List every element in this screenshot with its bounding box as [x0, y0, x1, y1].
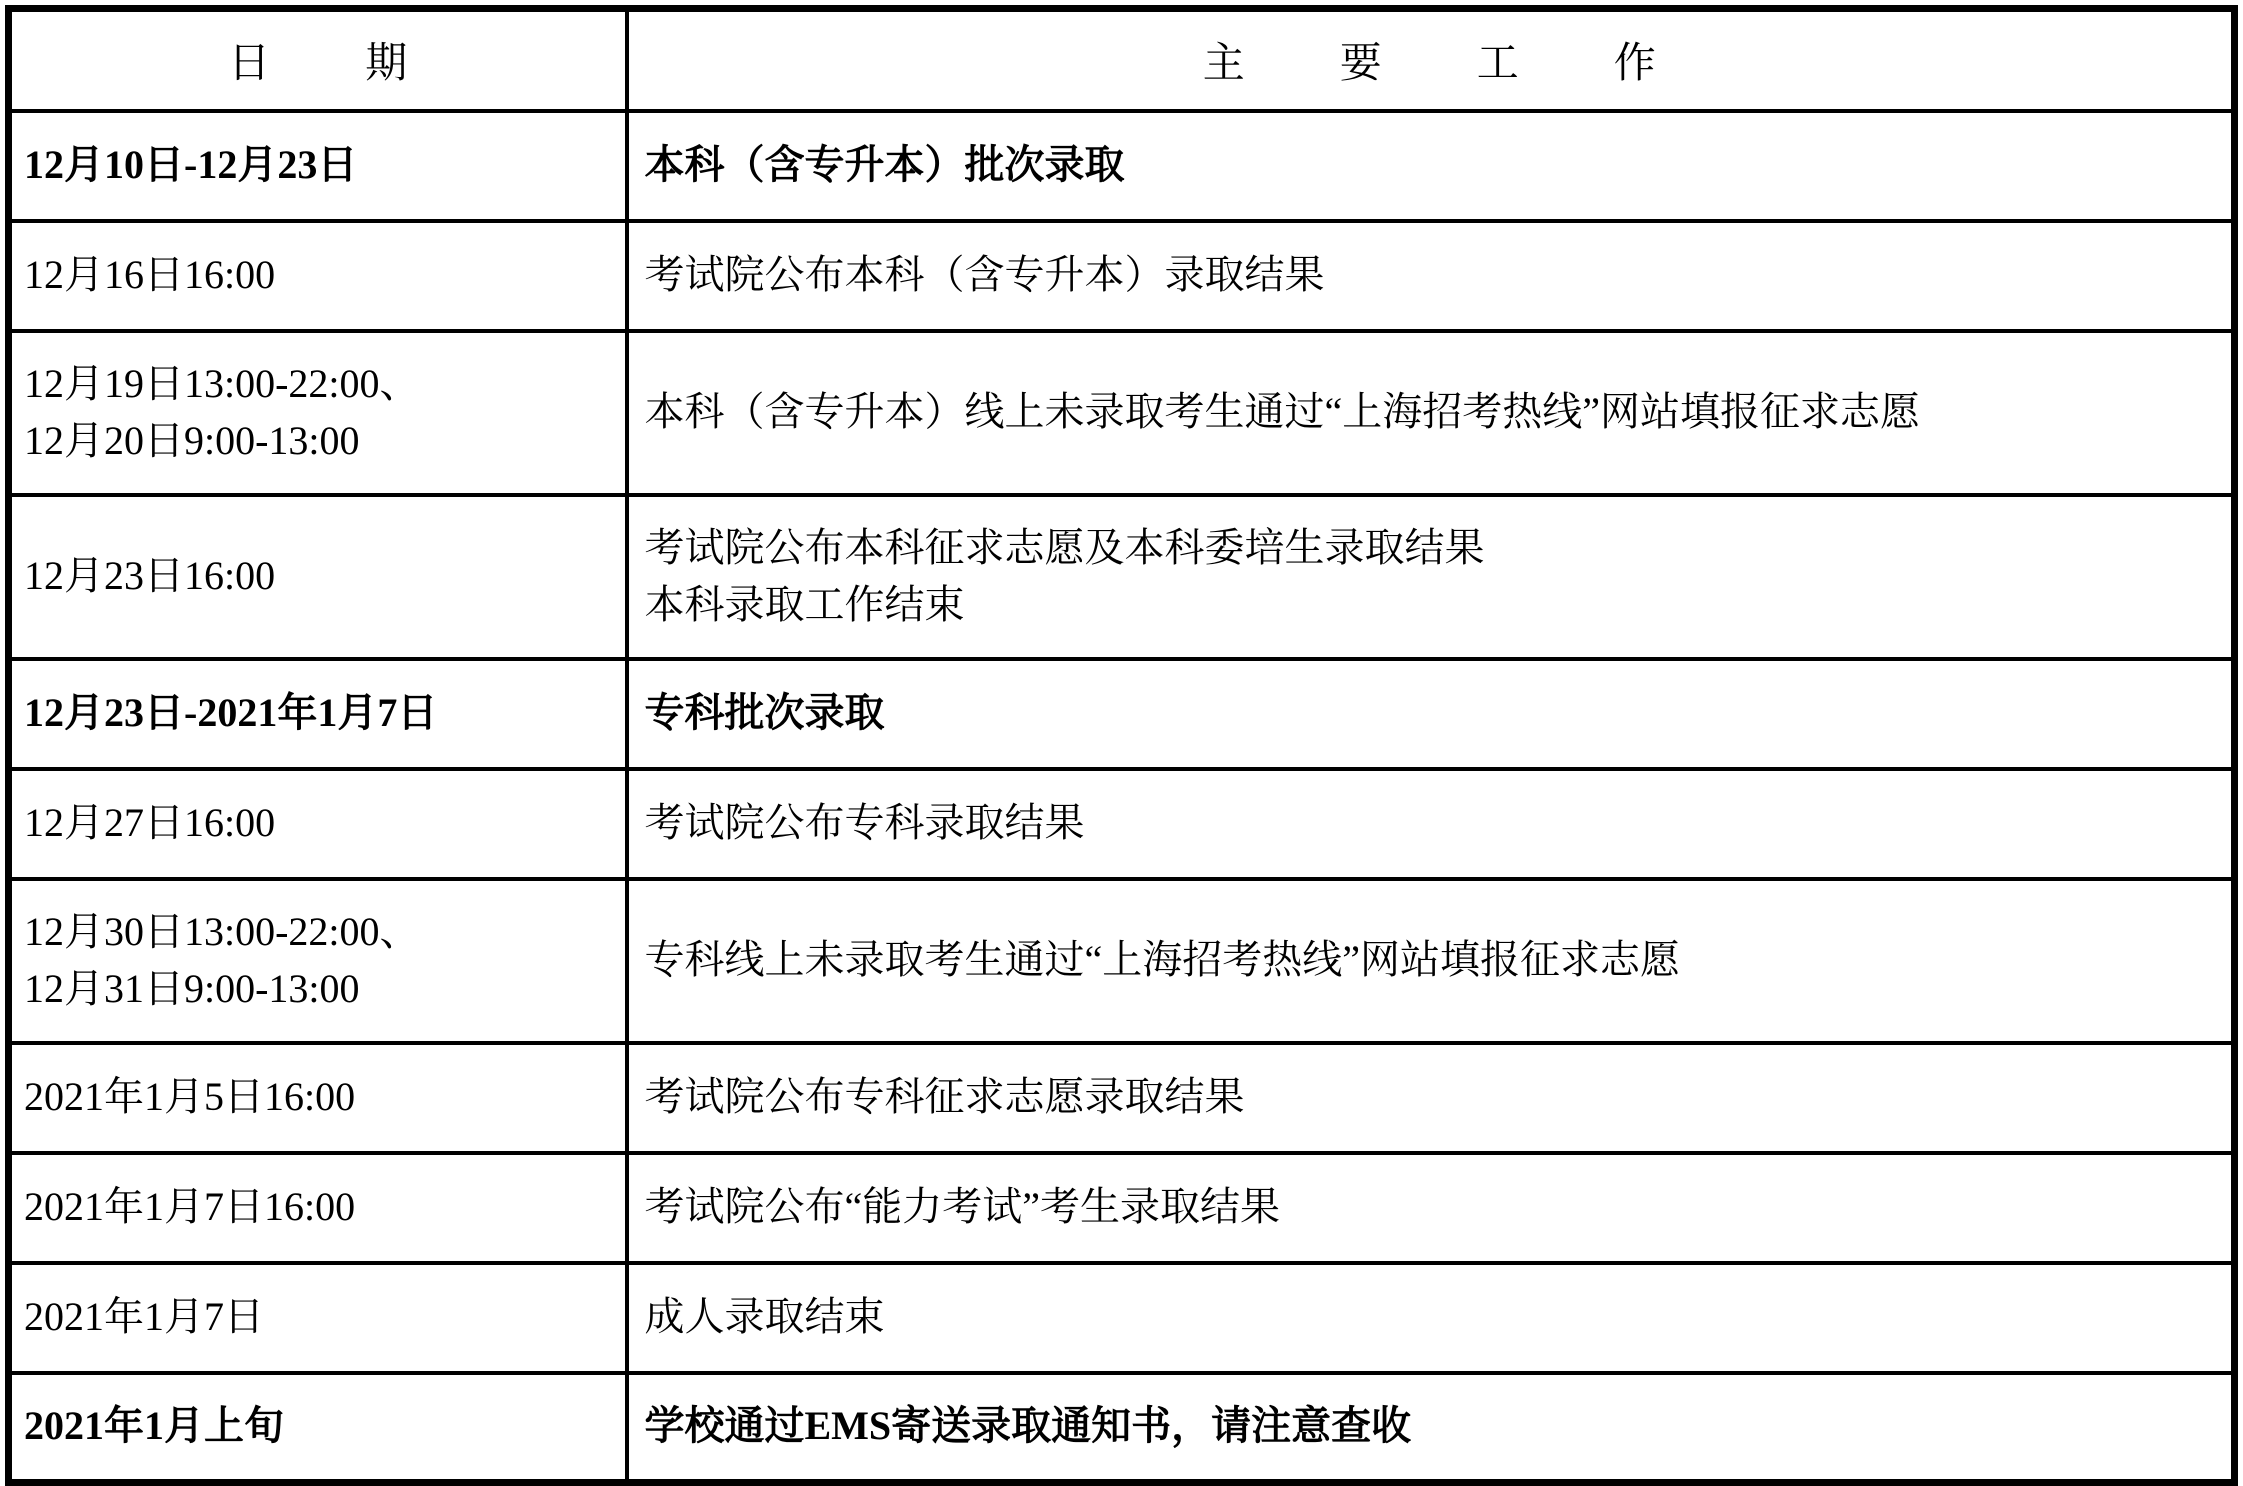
date-cell-line: 12月30日13:00-22:00、 — [24, 904, 615, 961]
work-cell-line: 考试院公布专科录取结果 — [645, 795, 2222, 852]
date-cell-line: 12月10日-12月23日 — [24, 137, 615, 194]
date-cell-line: 2021年1月上旬 — [24, 1398, 615, 1455]
column-header-main-work: 主要工作 — [627, 9, 2235, 111]
work-cell: 学校通过EMS寄送录取通知书，请注意查收 — [627, 1373, 2235, 1483]
date-cell-line: 12月19日13:00-22:00、 — [24, 356, 615, 413]
work-cell: 专科线上未录取考生通过“上海招考热线”网站填报征求志愿 — [627, 879, 2235, 1043]
work-cell-line: 本科录取工作结束 — [645, 577, 2222, 634]
column-header-date: 日期 — [9, 9, 627, 111]
work-cell-line: 考试院公布本科（含专升本）录取结果 — [645, 247, 2222, 304]
work-cell-line: 本科（含专升本）批次录取 — [645, 137, 2222, 194]
table-row: 12月30日13:00-22:00、12月31日9:00-13:00专科线上未录… — [9, 879, 2235, 1043]
table-row: 12月10日-12月23日本科（含专升本）批次录取 — [9, 111, 2235, 221]
date-cell: 2021年1月7日16:00 — [9, 1153, 627, 1263]
table-row: 2021年1月5日16:00考试院公布专科征求志愿录取结果 — [9, 1043, 2235, 1153]
date-cell-line: 2021年1月7日16:00 — [24, 1179, 615, 1236]
table-row: 2021年1月7日成人录取结束 — [9, 1263, 2235, 1373]
schedule-page: 日期 主要工作 12月10日-12月23日本科（含专升本）批次录取12月16日1… — [0, 0, 2243, 1479]
table-row: 2021年1月7日16:00考试院公布“能力考试”考生录取结果 — [9, 1153, 2235, 1263]
admission-schedule-table: 日期 主要工作 12月10日-12月23日本科（含专升本）批次录取12月16日1… — [5, 5, 2238, 1486]
date-cell: 12月23日-2021年1月7日 — [9, 659, 627, 769]
table-row: 12月23日-2021年1月7日专科批次录取 — [9, 659, 2235, 769]
table-row: 12月27日16:00考试院公布专科录取结果 — [9, 769, 2235, 879]
work-cell-line: 考试院公布“能力考试”考生录取结果 — [645, 1179, 2222, 1236]
work-cell: 考试院公布专科录取结果 — [627, 769, 2235, 879]
work-cell-line: 成人录取结束 — [645, 1289, 2222, 1346]
work-cell: 考试院公布专科征求志愿录取结果 — [627, 1043, 2235, 1153]
work-cell-line: 本科（含专升本）线上未录取考生通过“上海招考热线”网站填报征求志愿 — [645, 384, 2222, 441]
work-cell: 本科（含专升本）线上未录取考生通过“上海招考热线”网站填报征求志愿 — [627, 331, 2235, 495]
work-cell: 考试院公布本科（含专升本）录取结果 — [627, 221, 2235, 331]
date-cell: 2021年1月7日 — [9, 1263, 627, 1373]
date-cell: 12月27日16:00 — [9, 769, 627, 879]
work-cell-line: 专科线上未录取考生通过“上海招考热线”网站填报征求志愿 — [645, 932, 2222, 989]
header-row: 日期 主要工作 — [9, 9, 2235, 111]
date-cell-line: 12月31日9:00-13:00 — [24, 961, 615, 1018]
work-cell-line: 考试院公布本科征求志愿及本科委培生录取结果 — [645, 520, 2222, 577]
date-cell: 12月16日16:00 — [9, 221, 627, 331]
work-cell: 专科批次录取 — [627, 659, 2235, 769]
date-cell: 12月10日-12月23日 — [9, 111, 627, 221]
date-cell-line: 2021年1月5日16:00 — [24, 1069, 615, 1126]
work-cell: 本科（含专升本）批次录取 — [627, 111, 2235, 221]
date-cell-line: 12月20日9:00-13:00 — [24, 413, 615, 470]
date-cell: 2021年1月5日16:00 — [9, 1043, 627, 1153]
table-row: 12月23日16:00考试院公布本科征求志愿及本科委培生录取结果本科录取工作结束 — [9, 495, 2235, 659]
date-cell: 12月30日13:00-22:00、12月31日9:00-13:00 — [9, 879, 627, 1043]
date-cell: 2021年1月上旬 — [9, 1373, 627, 1483]
work-cell: 考试院公布“能力考试”考生录取结果 — [627, 1153, 2235, 1263]
work-cell-line: 专科批次录取 — [645, 685, 2222, 742]
date-cell-line: 12月16日16:00 — [24, 247, 615, 304]
table-body: 12月10日-12月23日本科（含专升本）批次录取12月16日16:00考试院公… — [9, 111, 2235, 1483]
date-cell-line: 12月27日16:00 — [24, 795, 615, 852]
table-row: 2021年1月上旬学校通过EMS寄送录取通知书，请注意查收 — [9, 1373, 2235, 1483]
date-cell-line: 12月23日16:00 — [24, 548, 615, 605]
work-cell-line: 考试院公布专科征求志愿录取结果 — [645, 1069, 2222, 1126]
date-cell: 12月19日13:00-22:00、12月20日9:00-13:00 — [9, 331, 627, 495]
work-cell: 考试院公布本科征求志愿及本科委培生录取结果本科录取工作结束 — [627, 495, 2235, 659]
date-cell-line: 12月23日-2021年1月7日 — [24, 685, 615, 742]
date-cell: 12月23日16:00 — [9, 495, 627, 659]
date-cell-line: 2021年1月7日 — [24, 1289, 615, 1346]
work-cell: 成人录取结束 — [627, 1263, 2235, 1373]
table-header: 日期 主要工作 — [9, 9, 2235, 111]
work-cell-line: 学校通过EMS寄送录取通知书，请注意查收 — [645, 1398, 2222, 1455]
table-row: 12月19日13:00-22:00、12月20日9:00-13:00本科（含专升… — [9, 331, 2235, 495]
table-row: 12月16日16:00考试院公布本科（含专升本）录取结果 — [9, 221, 2235, 331]
